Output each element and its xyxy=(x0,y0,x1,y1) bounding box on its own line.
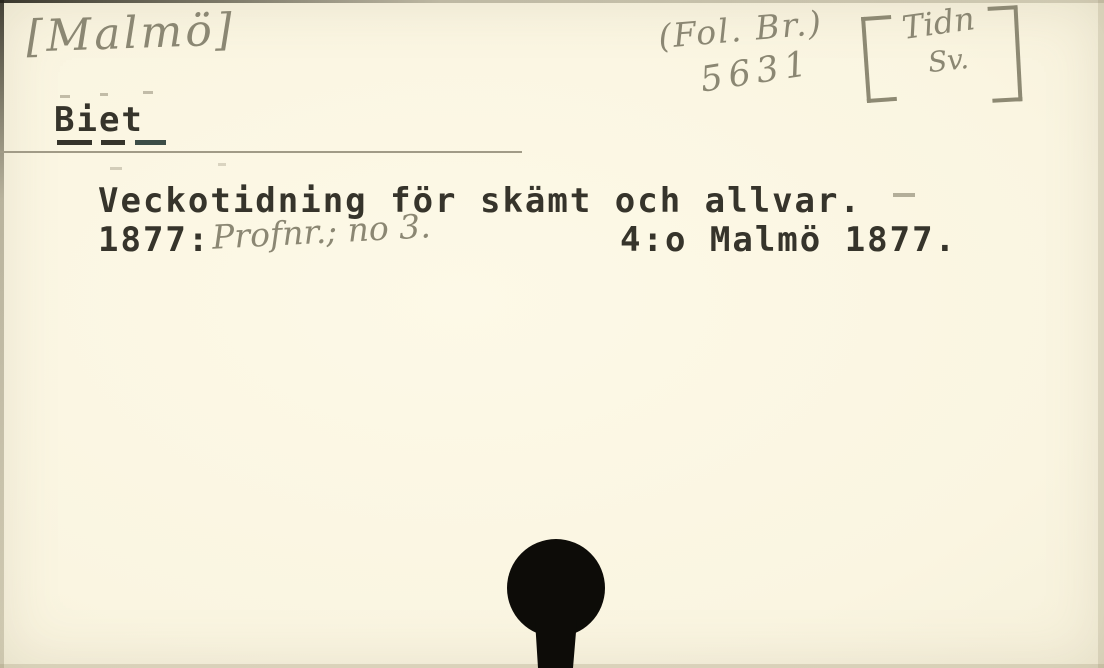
ghost-mark xyxy=(60,95,70,98)
heading-underline-dash xyxy=(135,140,166,145)
year-label: 1877: xyxy=(98,220,210,260)
category-abbrev-bottom: Sv. xyxy=(926,42,970,79)
ghost-mark xyxy=(110,167,122,170)
ruled-line xyxy=(0,151,522,153)
ghost-mark xyxy=(100,93,108,96)
handwritten-place-note: [Malmö] xyxy=(25,4,236,62)
heading-underline-dash xyxy=(57,140,92,145)
scan-edge-right xyxy=(1098,0,1104,668)
ghost-mark xyxy=(218,163,226,166)
bracket-open-mark xyxy=(861,15,897,103)
category-abbrev-top: Tidn xyxy=(900,0,977,47)
handwritten-category-bracket: Tidn Sv. xyxy=(860,4,1022,104)
bracket-close-mark xyxy=(988,5,1023,102)
catalog-card: [Malmö] (Fol. Br.) 5631 Tidn Sv. Biet Ve… xyxy=(0,0,1104,668)
card-heading: Biet xyxy=(54,100,144,140)
scan-edge-top xyxy=(0,0,1104,3)
title-line: Veckotidning för skämt och allvar. xyxy=(98,181,862,221)
handwritten-shelf-number: 5631 xyxy=(698,43,816,100)
keyhole-punch-icon xyxy=(499,538,615,668)
imprint-line: 4:o Malmö 1877. xyxy=(620,220,957,260)
heading-underline-dash xyxy=(101,140,125,145)
pencil-dash-mark xyxy=(893,193,915,197)
ghost-mark xyxy=(143,91,153,94)
scan-edge-left xyxy=(0,0,4,668)
